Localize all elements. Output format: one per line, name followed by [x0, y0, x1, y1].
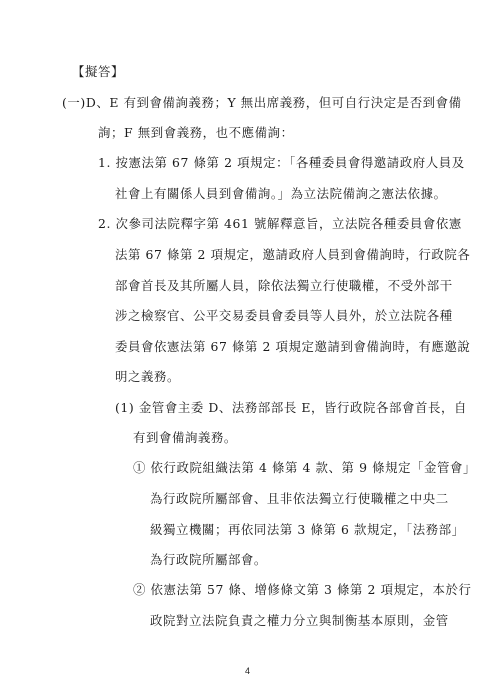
- circled-item-2: ② 依憲法第 57 條、增修條文第 3 條第 2 項規定，本於行: [133, 582, 472, 598]
- paragraph-line: 為行政院所屬部會、且非依法獨立行使職權之中央二: [150, 491, 449, 507]
- sub-item-1: (1) 金管會主委 D、法務部部長 E，皆行政院各部會首長，自: [115, 400, 467, 416]
- paragraph-line: 涉之檢察官、公平交易委員會委員等人員外，於立法院各種: [115, 308, 453, 324]
- page-number: 4: [0, 666, 495, 676]
- paragraph-line: 級獨立機關；再依同法第 3 條第 6 款規定，「法務部」: [150, 522, 465, 538]
- paragraph-line: 為行政院所屬部會。: [150, 552, 267, 568]
- paragraph-line: 明之義務。: [115, 369, 180, 385]
- paragraph-line: (一)D、E 有到會備詢義務；Y 無出席義務，但可自行決定是否到會備: [62, 95, 462, 111]
- paragraph-line: 社會上有關係人員到會備詢。」為立法院備詢之憲法依據。: [115, 186, 447, 202]
- circled-item-1: ① 依行政院組織法第 4 條第 4 款、第 9 條規定「金管會」: [133, 460, 476, 476]
- paragraph-line: 有到會備詢義務。: [133, 430, 237, 446]
- answer-heading: 【擬答】: [72, 64, 124, 80]
- paragraph-line: 政院對立法院負責之權力分立與制衡基本原則，金管: [150, 613, 449, 629]
- list-item-1: 1. 按憲法第 67 條第 2 項規定：「各種委員會得邀請政府人員及: [98, 155, 465, 171]
- list-item-2: 2. 次參司法院釋字第 461 號解釋意旨，立法院各種委員會依憲: [98, 216, 462, 232]
- paragraph-line: 委員會依憲法第 67 條第 2 項規定邀請到會備詢時，有應邀說: [115, 339, 470, 355]
- paragraph-line: 部會首長及其所屬人員，除依法獨立行使職權，不受外部干: [115, 278, 453, 294]
- paragraph-line: 詢；F 無到會義務，也不應備詢：: [98, 125, 294, 141]
- paragraph-line: 法第 67 條第 2 項規定，邀請政府人員到會備詢時，行政院各: [115, 247, 470, 263]
